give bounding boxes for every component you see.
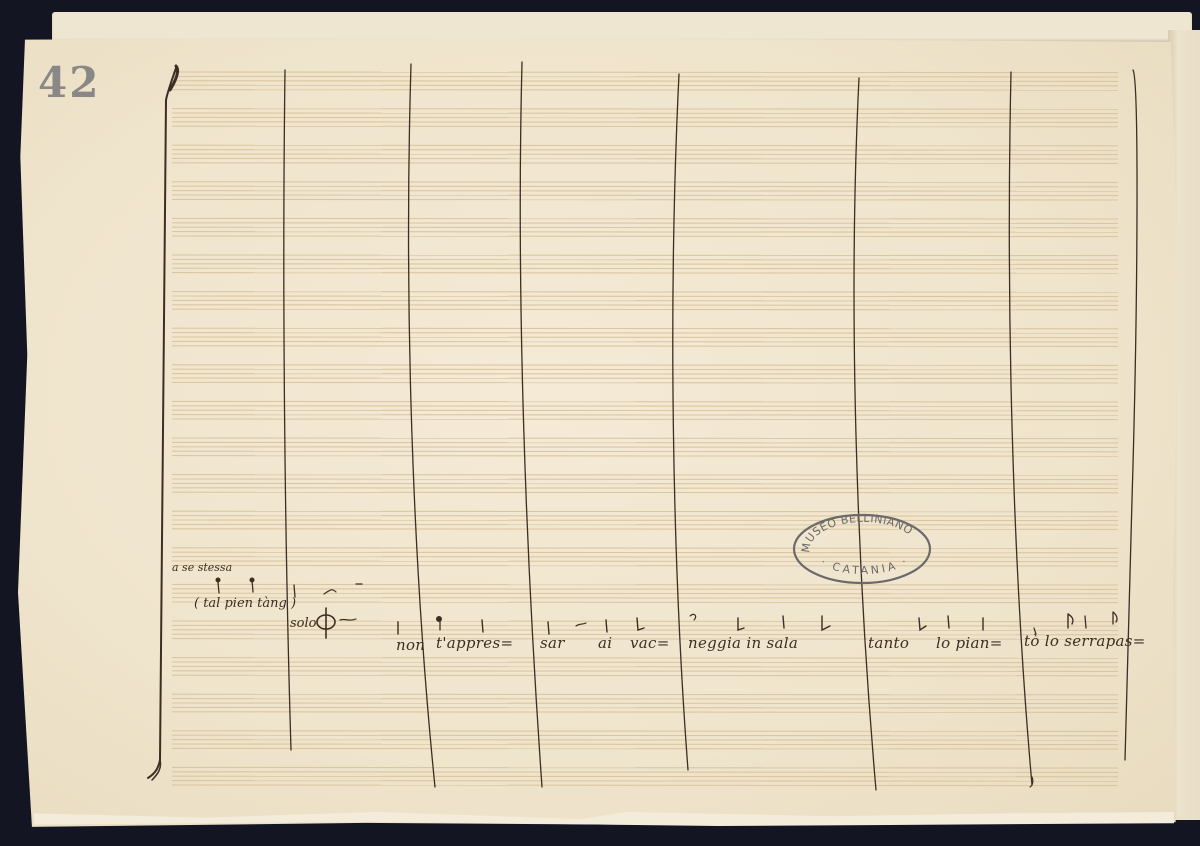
svg-text:· CATANIA ·: · CATANIA · bbox=[818, 554, 911, 577]
staff-lines bbox=[172, 72, 1118, 786]
barline-final bbox=[1125, 70, 1137, 760]
barline-3 bbox=[520, 62, 542, 787]
barline-6 bbox=[1009, 72, 1032, 785]
barline-2 bbox=[409, 64, 435, 787]
barline-4 bbox=[673, 74, 688, 770]
score-staves bbox=[0, 0, 1200, 846]
svg-text:MUSEO BELLINIANO: MUSEO BELLINIANO bbox=[799, 513, 915, 553]
barlines bbox=[148, 62, 1137, 790]
lyric-syllable: neggia in sala bbox=[688, 634, 798, 652]
stamp-top-text: MUSEO BELLINIANO bbox=[799, 513, 915, 553]
stamp-bottom-text: · CATANIA · bbox=[818, 554, 911, 577]
solo-annotation: solo bbox=[290, 616, 316, 631]
lyric-syllable: lo pian= bbox=[936, 634, 1003, 652]
museo-belliniano-stamp: MUSEO BELLINIANO · CATANIA · bbox=[792, 513, 932, 585]
lyric-syllable: non bbox=[396, 636, 425, 654]
lyric-syllable: ai bbox=[598, 634, 612, 652]
lyric-syllable: sar bbox=[540, 634, 565, 652]
system-bracket bbox=[148, 68, 176, 778]
barline-5 bbox=[854, 78, 876, 790]
lyric-syllable: tanto bbox=[868, 634, 909, 652]
lyric-syllable: vac= bbox=[630, 634, 670, 652]
lyric-syllable: t'appres= bbox=[436, 634, 513, 652]
handwritten-notes bbox=[216, 578, 1117, 638]
lyric-syllable: tò lo serrapas= bbox=[1024, 632, 1146, 650]
parenthetical-lyric: ( tal pien tàng ) bbox=[194, 596, 296, 611]
manuscript-viewer: 42 bbox=[0, 0, 1200, 846]
tempo-annotation: a se stessa bbox=[172, 561, 232, 574]
